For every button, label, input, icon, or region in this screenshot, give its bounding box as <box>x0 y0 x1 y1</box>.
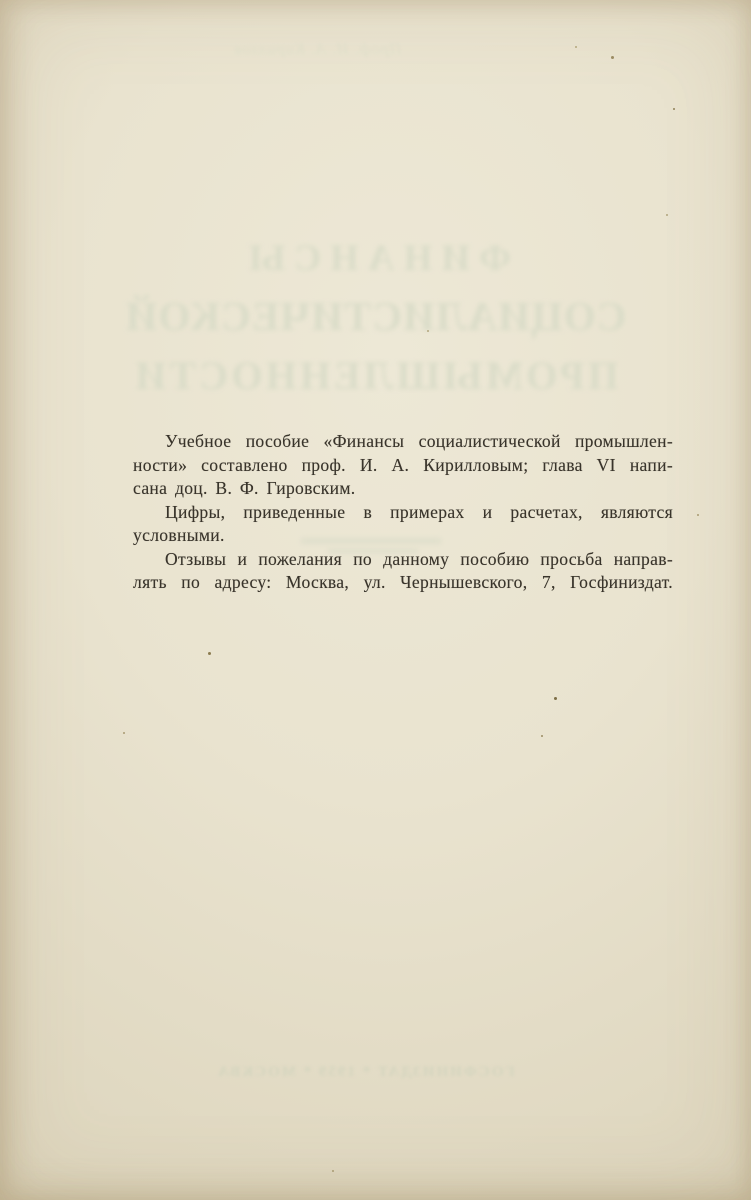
showthrough-title-line: ФИНАНСЫ <box>0 231 751 287</box>
showthrough-title-block: ФИНАНСЫСОЦИАЛИСТИЧЕСКОЙПРОМЫШЛЕННОСТИ <box>0 231 751 406</box>
paper-speck <box>666 214 668 216</box>
paper-speck <box>123 732 125 734</box>
paper-speck <box>554 697 557 700</box>
showthrough-title-line: СОЦИАЛИСТИЧЕСКОЙ <box>0 287 751 345</box>
paper-speck <box>697 514 699 516</box>
text-line: Цифры, приведенные в примерах и расчетах… <box>133 501 673 525</box>
paper-speck <box>208 652 211 655</box>
text-line: условными. <box>133 524 673 548</box>
text-line: Отзывы и пожелания по данному пособию пр… <box>133 548 673 572</box>
text-line: лять по адресу: Москва, ул. Чернышевског… <box>133 571 673 595</box>
paper-speck <box>332 1170 334 1172</box>
showthrough-title-line: ПРОМЫШЛЕННОСТИ <box>0 345 751 406</box>
paper-speck <box>541 735 543 737</box>
text-line: Учебное пособие «Финансы социалистическо… <box>133 430 673 454</box>
showthrough-author-line: Проф. И. А. Кириллов <box>205 41 430 59</box>
text-line: сана доц. В. Ф. Гировским. <box>133 477 673 501</box>
annotation-block: Учебное пособие «Финансы социалистическо… <box>133 430 673 595</box>
paper-speck <box>427 330 429 332</box>
paper-speck <box>673 108 675 110</box>
text-line: ности» составлено проф. И. А. Кирилловым… <box>133 454 673 478</box>
book-page: Проф. И. А. Кириллов ФИНАНСЫСОЦИАЛИСТИЧЕ… <box>0 0 751 1200</box>
paper-speck <box>611 56 614 59</box>
showthrough-imprint-line: ГОСФИНИЗДАТ * 1959 * МОСКВА <box>203 1064 528 1081</box>
paper-speck <box>575 46 577 48</box>
